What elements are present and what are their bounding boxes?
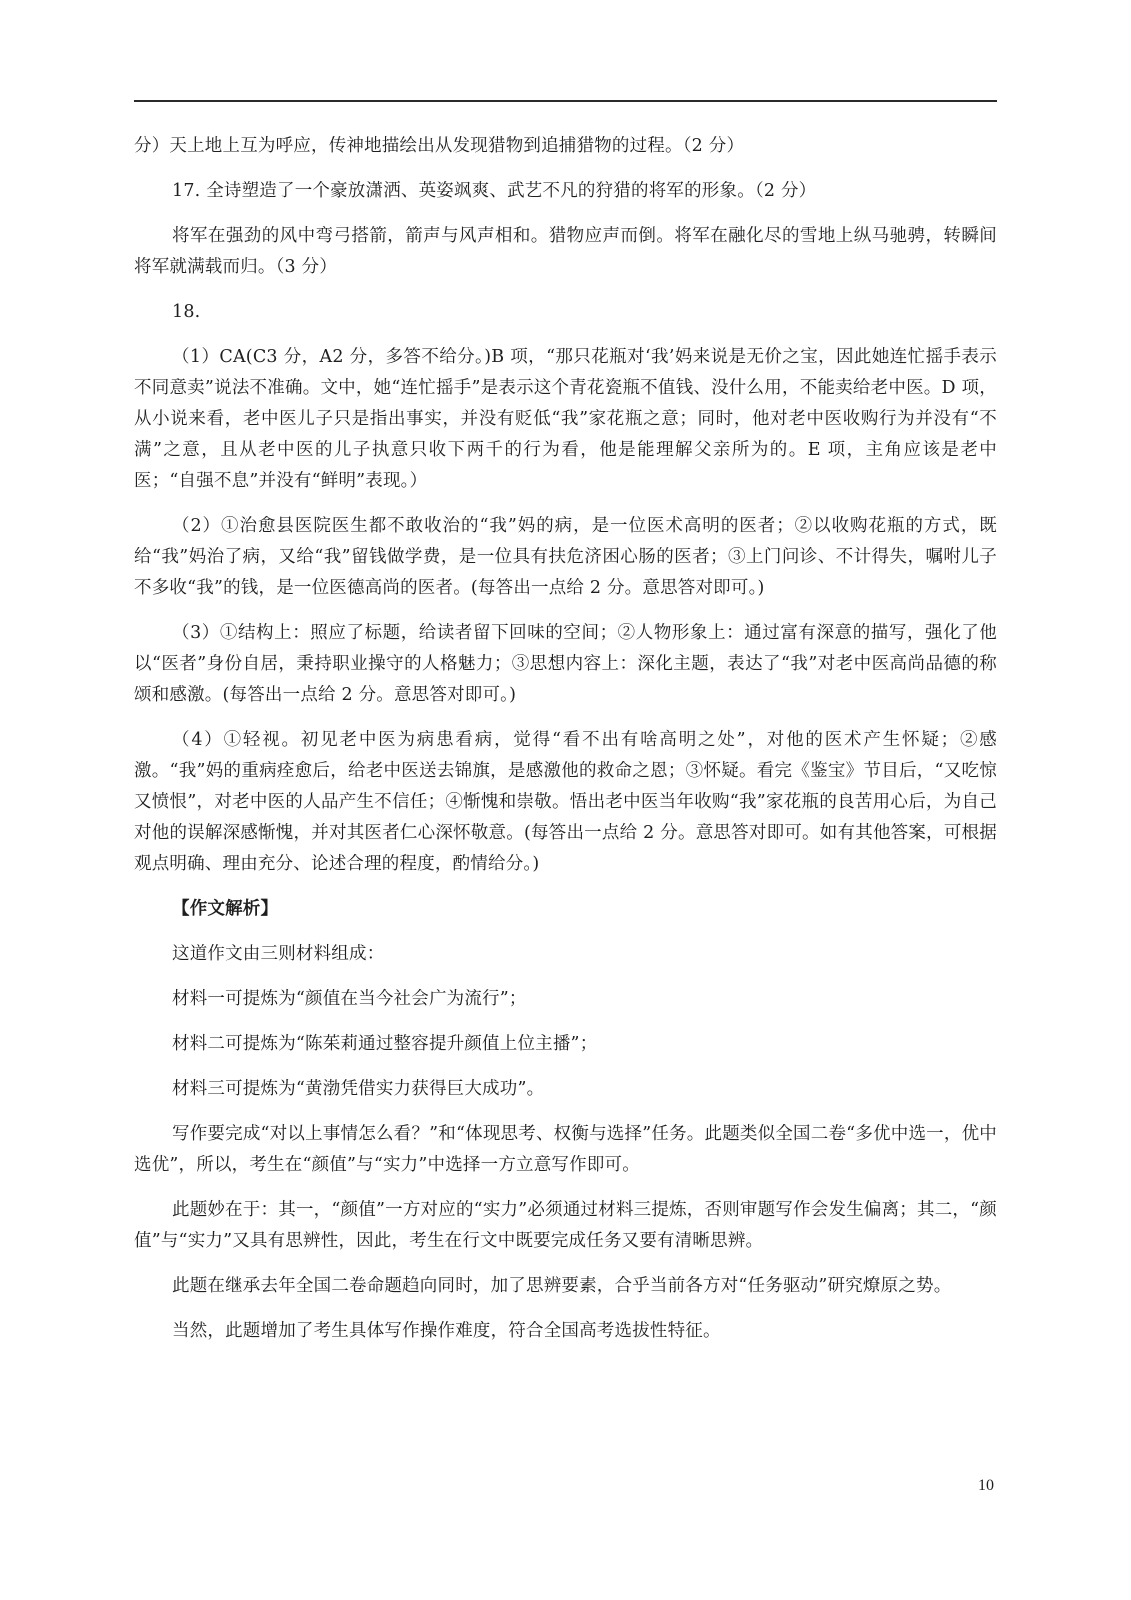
document-page: 分）天上地上互为呼应，传神地描绘出从发现猎物到追捕猎物的过程。（2 分） 17.… [0,0,1131,1600]
section-heading-essay-analysis: 【作文解析】 [134,894,997,925]
page-number: 10 [978,1477,994,1495]
header-rule [134,100,997,102]
paragraph-subtlety: 此题妙在于：其一，“颜值”一方对应的“实力”必须通过材料三提炼，否则审题写作会发… [134,1195,997,1257]
paragraph-inheritance: 此题在继承去年全国二卷命题趋向同时，加了思辨要素，合乎当前各方对“任务驱动”研究… [134,1271,997,1302]
paragraph-q17-answer-1: 17. 全诗塑造了一个豪放潇洒、英姿飒爽、武艺不凡的狩猎的将军的形象。（2 分） [134,176,997,207]
paragraph-q18-part-2: （2）①治愈县医院医生都不敢收治的“我”妈的病，是一位医术高明的医者；②以收购花… [134,511,997,604]
paragraph-material-1: 材料一可提炼为“颜值在当今社会广为流行”； [134,984,997,1015]
paragraph-conclusion: 当然，此题增加了考生具体写作操作难度，符合全国高考选拔性特征。 [134,1316,997,1347]
paragraph-writing-task: 写作要完成“对以上事情怎么看？”和“体现思考、权衡与选择”任务。此题类似全国二卷… [134,1119,997,1181]
paragraph-material-3: 材料三可提炼为“黄渤凭借实力获得巨大成功”。 [134,1074,997,1105]
paragraph-essay-intro: 这道作文由三则材料组成： [134,939,997,970]
paragraph-material-2: 材料二可提炼为“陈茱莉通过整容提升颜值上位主播”； [134,1029,997,1060]
paragraph-q18-part-4: （4）①轻视。初见老中医为病患看病，觉得“看不出有啥高明之处”，对他的医术产生怀… [134,725,997,880]
paragraph-q18-part-3: （3）①结构上：照应了标题，给读者留下回味的空间；②人物形象上：通过富有深意的描… [134,618,997,711]
paragraph-q16-ending: 分）天上地上互为呼应，传神地描绘出从发现猎物到追捕猎物的过程。（2 分） [134,131,997,162]
document-body: 分）天上地上互为呼应，传神地描绘出从发现猎物到追捕猎物的过程。（2 分） 17.… [134,131,997,1361]
paragraph-q17-answer-2: 将军在强劲的风中弯弓搭箭，箭声与风声相和。猎物应声而倒。将军在融化尽的雪地上纵马… [134,221,997,283]
paragraph-q18-number: 18. [134,297,997,328]
paragraph-q18-part-1: （1）CA(C3 分，A2 分，多答不给分。)B 项，“那只花瓶对‘我’妈来说是… [134,342,997,497]
